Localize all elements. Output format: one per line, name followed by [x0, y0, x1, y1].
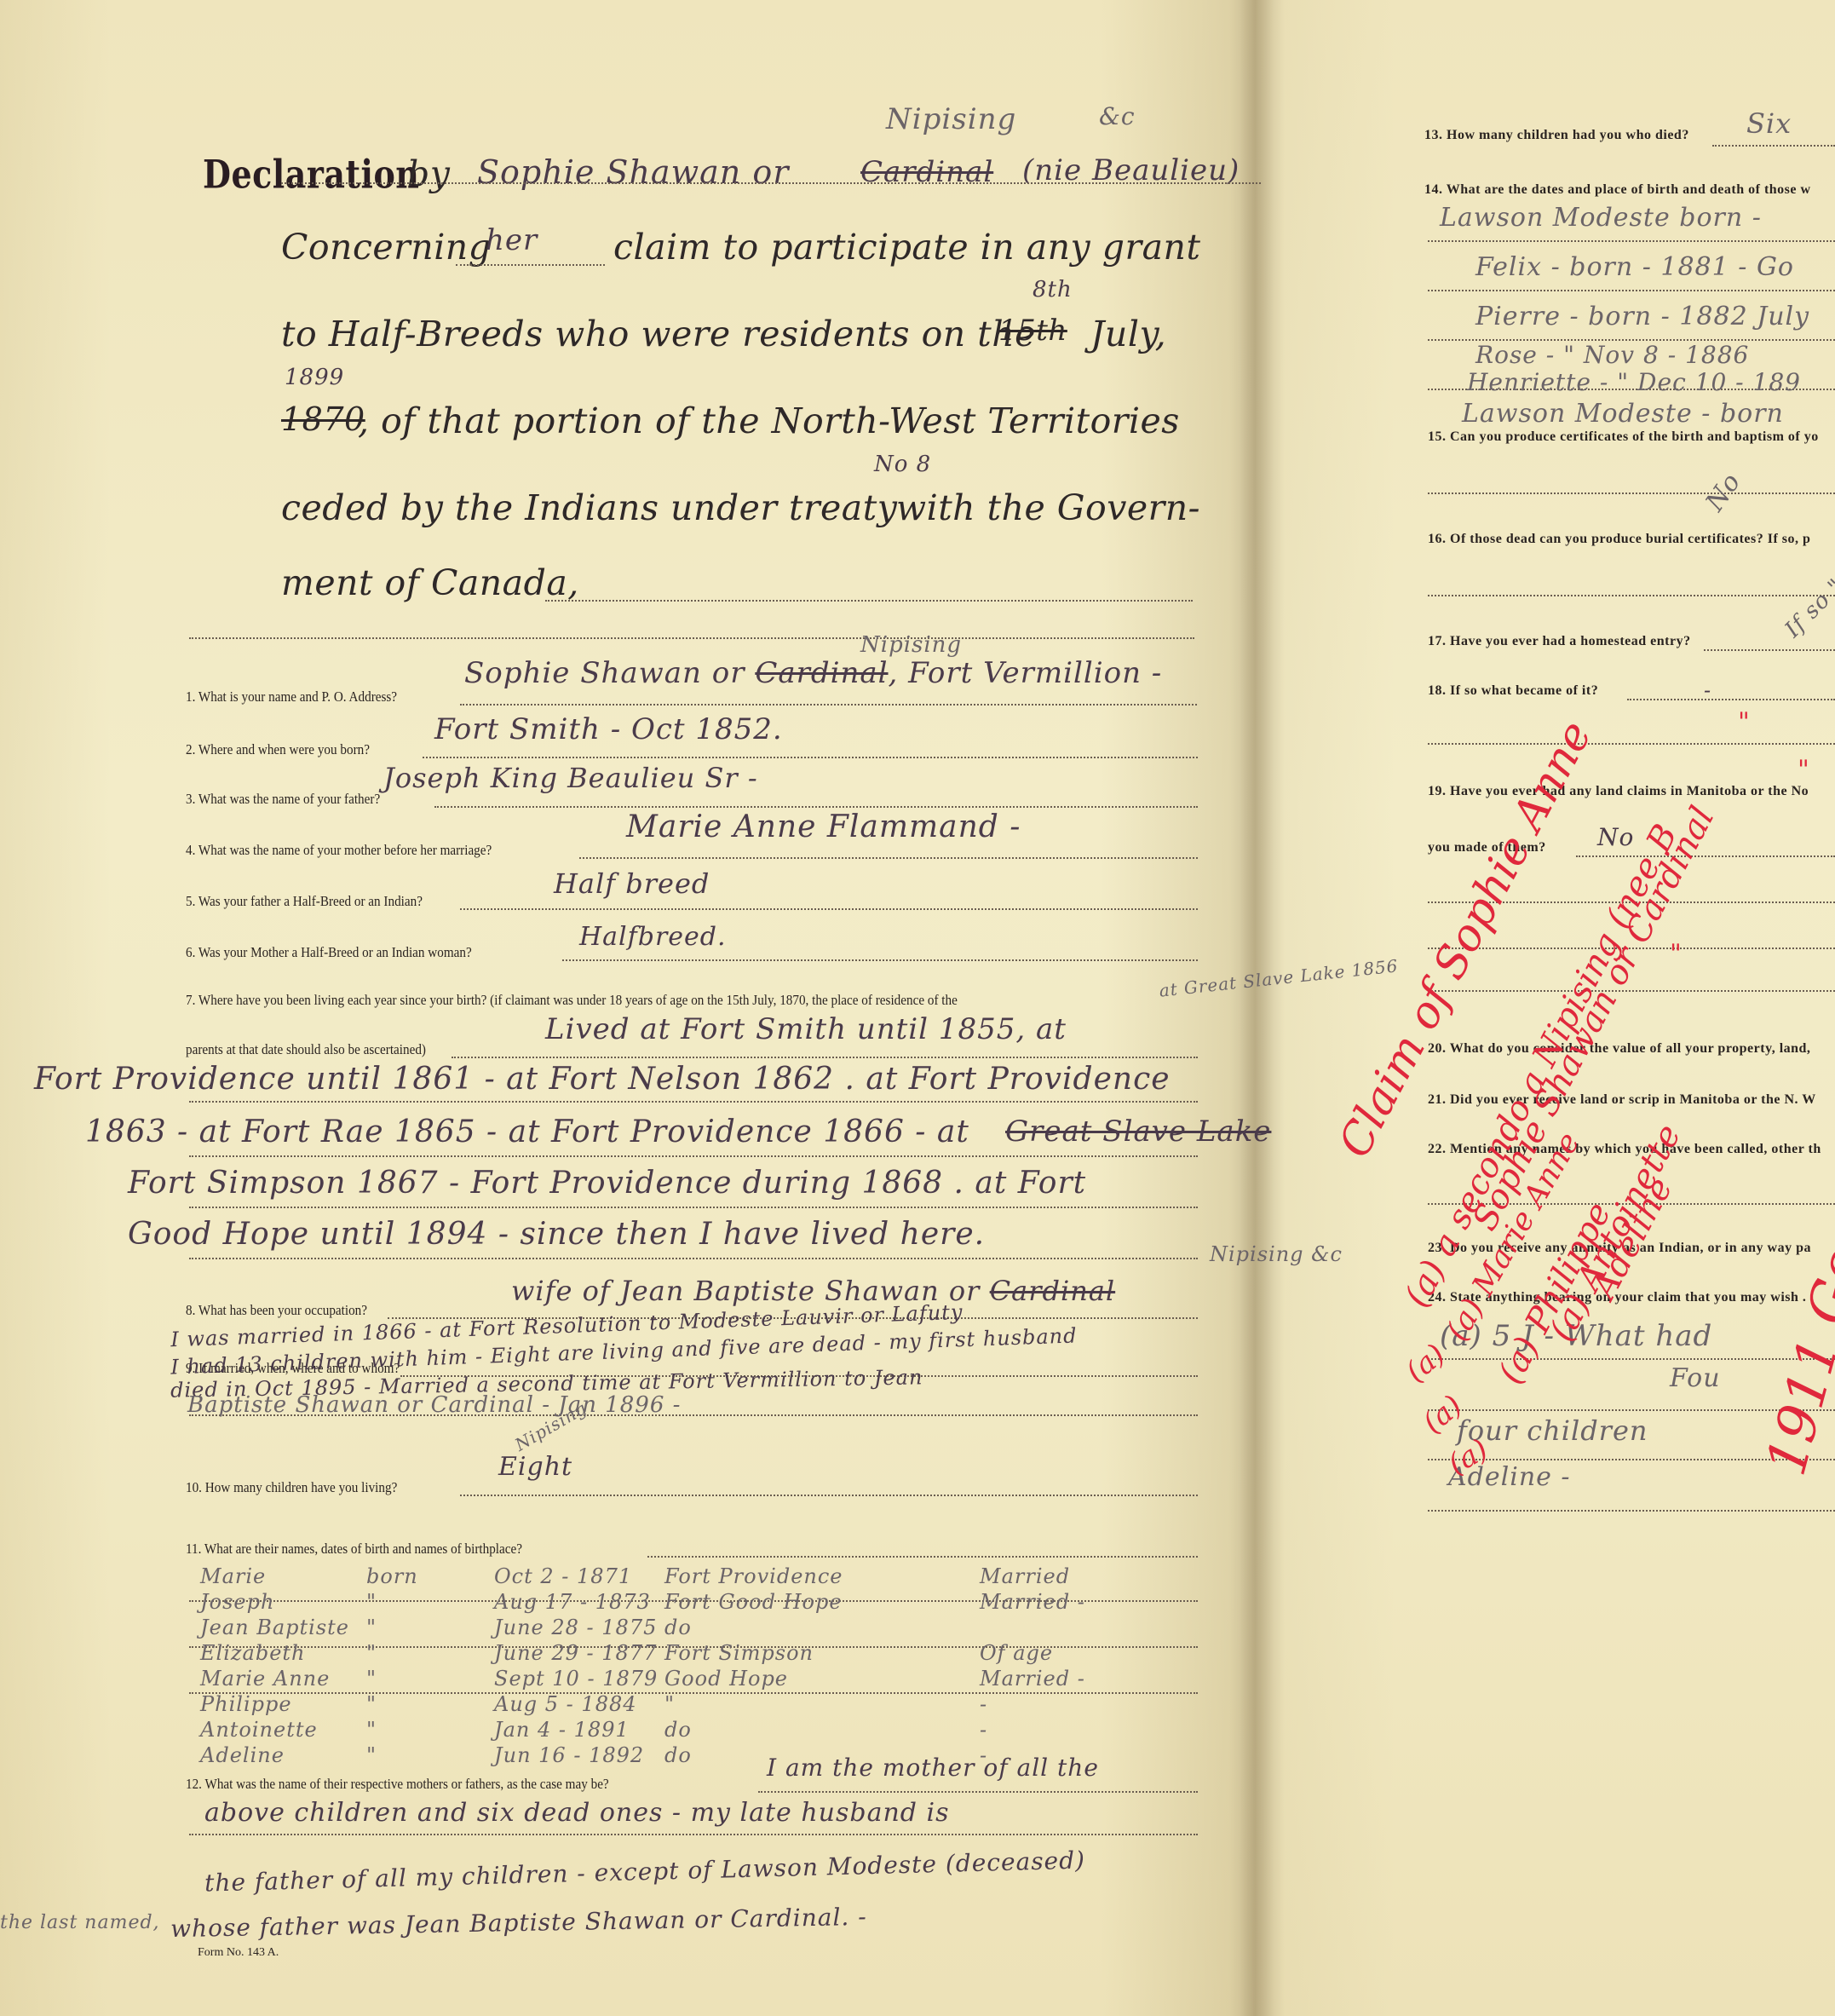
child-born: ": [366, 1743, 377, 1767]
answer-14-line-6: Lawson Modeste - born: [1462, 399, 1784, 429]
question-5: 5. Was your father a Half-Breed or an In…: [186, 893, 423, 910]
question-13: 13. How many children had you who died?: [1424, 128, 1689, 143]
child-status: Married -: [980, 1667, 1085, 1691]
answer-8: wife of Jean Baptiste Shawan or Cardinal: [511, 1275, 1115, 1307]
child-status: Married -: [980, 1590, 1085, 1614]
pronoun-line: [456, 264, 605, 266]
red-ditto-2: ": [1798, 755, 1809, 785]
child-name: Antoinette: [200, 1718, 318, 1742]
answer-line-16: [1428, 595, 1835, 596]
question-15: 15. Can you produce certificates of the …: [1428, 429, 1819, 445]
red-ditto-3: ": [1670, 939, 1682, 969]
answer-line-14a: [1428, 240, 1835, 242]
child-name: Philippe: [200, 1692, 292, 1716]
form-number: Form No. 143 A.: [198, 1946, 279, 1960]
question-16: 16. Of those dead can you produce burial…: [1428, 532, 1810, 547]
answer-6: Halfbreed.: [579, 922, 727, 952]
child-status: Of age: [980, 1641, 1053, 1665]
child-status: -: [980, 1718, 987, 1742]
declarant-insert-name: Nipising: [886, 102, 1016, 136]
answer-line-11: [647, 1556, 1198, 1558]
heading-line-4-rest: with the Govern-: [896, 487, 1200, 528]
answer-line-7b: [189, 1101, 1198, 1103]
answer-line-12b: [189, 1834, 1198, 1835]
child-place: ": [664, 1692, 675, 1716]
child-born: born: [366, 1564, 418, 1588]
question-8: 8. What has been your occupation?: [186, 1302, 367, 1319]
answer-12-margin-note: the last named,: [0, 1912, 160, 1933]
answer-line-5: [460, 908, 1198, 910]
question-7: 7. Where have you been living each year …: [186, 992, 958, 1009]
pronoun-hand: her: [486, 223, 538, 257]
answer-line-4: [579, 857, 1198, 859]
declarant-insert-note: &c: [1099, 102, 1136, 130]
heading-line-4: ceded by the Indians under treaty: [281, 487, 897, 528]
answer-4: Marie Anne Flammand -: [626, 809, 1021, 844]
question-11: 11. What are their names, dates of birth…: [186, 1541, 522, 1558]
child-date: June 28 - 1875: [494, 1616, 657, 1639]
answer-line-7c: [189, 1155, 1198, 1157]
question-17: 17. Have you ever had a homestead entry?: [1428, 634, 1691, 649]
answer-5: Half breed: [554, 867, 710, 900]
page-fold: [1240, 0, 1274, 2016]
child-place: Fort Simpson: [664, 1641, 814, 1665]
answer-7-line-2: Fort Providence until 1861 - at Fort Nel…: [34, 1062, 1171, 1097]
answer-line-19: [1576, 855, 1835, 857]
child-born: ": [366, 1590, 377, 1614]
heading-line-1: claim to participate in any grant: [613, 227, 1200, 268]
answer-line-7e: [189, 1258, 1198, 1259]
child-place: Fort Good Hope: [664, 1590, 843, 1614]
answer-line-14b: [1428, 290, 1835, 291]
answer-13: Six: [1746, 107, 1792, 140]
heading-month: July,: [1090, 314, 1166, 354]
answer-line-10: [460, 1495, 1198, 1496]
answer-7-line-3: 1863 - at Fort Rae 1865 - at Fort Provid…: [85, 1115, 969, 1149]
answer-line-19d: [1428, 990, 1835, 992]
answer-line-15: [1428, 492, 1835, 494]
child-date: Oct 2 - 1871: [494, 1564, 632, 1588]
answer-24-line-2: Fou: [1670, 1363, 1721, 1393]
answer-line-7d: [189, 1207, 1198, 1208]
child-date: Jun 16 - 1892: [494, 1743, 644, 1767]
child-name: Elizabeth: [200, 1641, 306, 1665]
question-7-cont: parents at that date should also be asce…: [186, 1041, 426, 1058]
child-place: do: [664, 1718, 692, 1742]
answer-line-13: [1712, 145, 1835, 147]
answer-14-line-1: Lawson Modeste born -: [1440, 203, 1762, 233]
answer-2: Fort Smith - Oct 1852.: [434, 712, 783, 746]
answer-24-line-3: four children: [1457, 1414, 1648, 1447]
child-date: Sept 10 - 1879: [494, 1667, 658, 1691]
child-name: Joseph: [200, 1590, 274, 1614]
question-4: 4. What was the name of your mother befo…: [186, 842, 492, 859]
child-place: Fort Providence: [664, 1564, 843, 1588]
question-21: 21. Did you ever receive land or scrip i…: [1428, 1092, 1816, 1108]
answer-line-11d: [189, 1692, 1198, 1694]
answer-1: Sophie Shawan or Cardinal, Fort Vermilli…: [464, 656, 1162, 690]
child-date: June 29 - 1877: [494, 1641, 657, 1665]
answer-14-line-2: Felix - born - 1881 - Go: [1475, 252, 1794, 282]
declaration-title: Declaration: [203, 152, 419, 198]
answer-9-line-4: Baptiste Shawan or Cardinal - Jan 1896 -: [187, 1392, 681, 1418]
answer-7-struck: Great Slave Lake: [1005, 1115, 1271, 1149]
declarant-name: Sophie Shawan or: [477, 153, 789, 191]
child-born: ": [366, 1641, 377, 1665]
answer-14-line-4: Rose - " Nov 8 - 1886: [1475, 341, 1749, 369]
heading-line-5: ment of Canada,: [281, 562, 579, 603]
child-date: Jan 4 - 1891: [494, 1718, 630, 1742]
answer-10: Eight: [498, 1452, 572, 1482]
answer-line-3: [434, 806, 1198, 808]
year-insert: 1899: [285, 365, 344, 390]
question-20: 20. What do you consider the value of al…: [1428, 1041, 1810, 1057]
answer-line-24d: [1428, 1510, 1835, 1512]
answer-line-18b: [1428, 743, 1835, 745]
answer-18: -: [1704, 678, 1711, 702]
answer-7-line-1: Lived at Fort Smith until 1855, at: [545, 1012, 1067, 1046]
answer-12-line-1: I am the mother of all the: [767, 1754, 1099, 1782]
answer-19: No: [1597, 823, 1634, 851]
question-1: 1. What is your name and P. O. Address?: [186, 688, 397, 706]
answer-line-2: [423, 757, 1198, 758]
date-struck: 15th: [998, 314, 1067, 348]
answer-line-18: [1627, 699, 1835, 700]
answer-7-line-4: Fort Simpson 1867 - Fort Providence duri…: [128, 1166, 1086, 1201]
heading-dotted-line: [281, 182, 1261, 184]
declarant-struck-name: Cardinal: [860, 155, 993, 189]
child-born: ": [366, 1667, 377, 1691]
answer-14-line-3: Pierre - born - 1882 July: [1475, 302, 1809, 331]
child-name: Marie Anne: [200, 1667, 330, 1691]
heading-blank-line: [189, 637, 1194, 639]
child-born: ": [366, 1616, 377, 1639]
answer-line-12: [758, 1791, 1198, 1793]
answer-line-6: [562, 959, 1198, 961]
heading-end-line: [545, 600, 1193, 602]
child-place: do: [664, 1616, 692, 1639]
question-2: 2. Where and when were you born?: [186, 741, 370, 758]
heading-line-3: , of that portion of the North-West Terr…: [358, 400, 1180, 441]
answer-14-line-5: Henriette - " Dec 10 - 189: [1467, 368, 1801, 396]
question-3: 3. What was the name of your father?: [186, 791, 380, 808]
child-born: ": [366, 1718, 377, 1742]
answer-1-insert: Nipising: [860, 632, 962, 658]
year-struck: 1870: [281, 400, 365, 438]
question-12: 12. What was the name of their respectiv…: [186, 1776, 609, 1793]
child-place: do: [664, 1743, 692, 1767]
child-name: Marie: [200, 1564, 266, 1588]
question-6: 6. Was your Mother a Half-Breed or an In…: [186, 944, 472, 961]
child-status: -: [980, 1692, 987, 1716]
red-ditto-1: ": [1738, 707, 1750, 737]
heading-line-2: to Half-Breeds who were residents on the: [281, 314, 1036, 354]
answer-7-line-5: Good Hope until 1894 - since then I have…: [128, 1217, 985, 1252]
date-insert: 8th: [1033, 277, 1073, 302]
treaty-insert: No 8: [874, 452, 931, 477]
question-10: 10. How many children have you living?: [186, 1479, 397, 1496]
answer-line-1: [460, 704, 1197, 706]
question-19: 19. Have you ever had any land claims in…: [1428, 784, 1809, 799]
child-status: Married: [980, 1564, 1070, 1588]
child-name: Adeline: [200, 1743, 285, 1767]
question-18: 18. If so what became of it?: [1428, 683, 1598, 699]
answer-line-7a: [452, 1057, 1198, 1058]
concerning-word: Concerning: [281, 227, 491, 268]
answer-line-17: [1704, 649, 1835, 651]
child-place: Good Hope: [664, 1667, 788, 1691]
answer-3: Joseph King Beaulieu Sr -: [383, 762, 758, 794]
answer-12-line-2: above children and six dead ones - my la…: [204, 1798, 950, 1828]
child-date: Aug 17 - 1873: [494, 1590, 651, 1614]
child-date: Aug 5 - 1884: [494, 1692, 637, 1716]
question-14: 14. What are the dates and place of birt…: [1424, 182, 1811, 198]
child-born: ": [366, 1692, 377, 1716]
answer-8-insert: Nipising &c: [1210, 1242, 1343, 1266]
child-name: Jean Baptiste: [200, 1616, 349, 1639]
by-word: by: [407, 153, 450, 194]
answer-line-24a: [1428, 1358, 1835, 1360]
